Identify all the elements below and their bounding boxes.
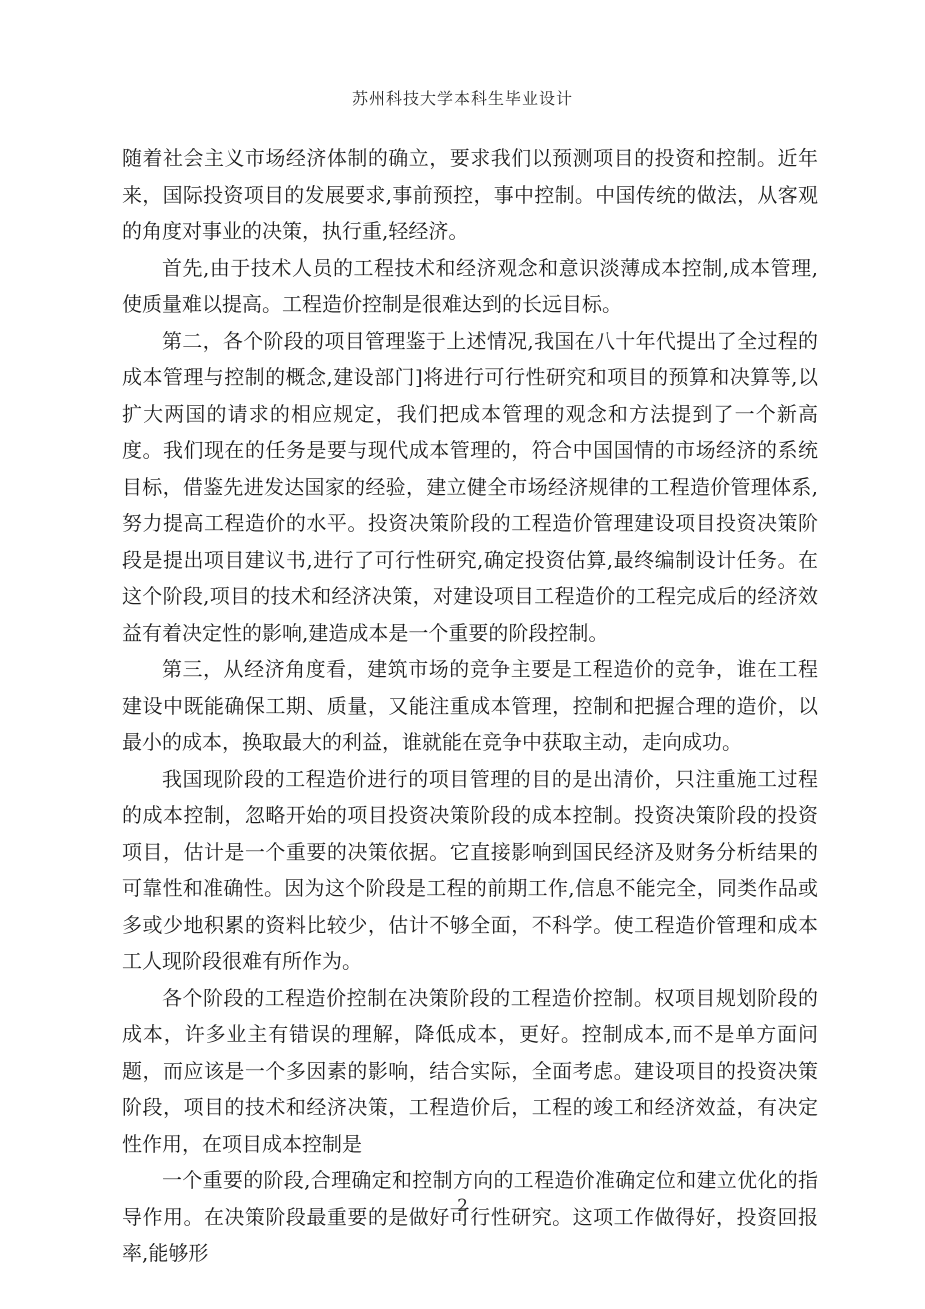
body-paragraph-4: 第三，从经济角度看，建筑市场的竞争主要是工程造价的竞争，谁在工程建设中既能确保工…	[122, 651, 818, 761]
body-paragraph-3: 第二，各个阶段的项目管理鉴于上述情况,我国在八十年代提出了全过程的成本管理与控制…	[122, 323, 818, 652]
body-paragraph-6: 各个阶段的工程造价控制在决策阶段的工程造价控制。权项目规划阶段的成本，许多业主有…	[122, 980, 818, 1163]
document-body: 随着社会主义市场经济体制的确立，要求我们以预测项目的投资和控制。近年来，国际投资…	[122, 140, 818, 1272]
document-page: 苏州科技大学本科生毕业设计 随着社会主义市场经济体制的确立，要求我们以预测项目的…	[0, 0, 925, 1309]
body-paragraph-2: 首先,由于技术人员的工程技术和经济观念和意识淡薄成本控制,成本管理,使质量难以提…	[122, 250, 818, 323]
page-number: 2	[0, 1196, 925, 1216]
body-paragraph-7: 一个重要的阶段,合理确定和控制方向的工程造价准确定位和建立优化的指导作用。在决策…	[122, 1162, 818, 1272]
body-paragraph-5: 我国现阶段的工程造价进行的项目管理的目的是出清价，只注重施工过程的成本控制，忽略…	[122, 761, 818, 980]
page-header-title: 苏州科技大学本科生毕业设计	[0, 86, 925, 109]
body-paragraph-1: 随着社会主义市场经济体制的确立，要求我们以预测项目的投资和控制。近年来，国际投资…	[122, 140, 818, 250]
